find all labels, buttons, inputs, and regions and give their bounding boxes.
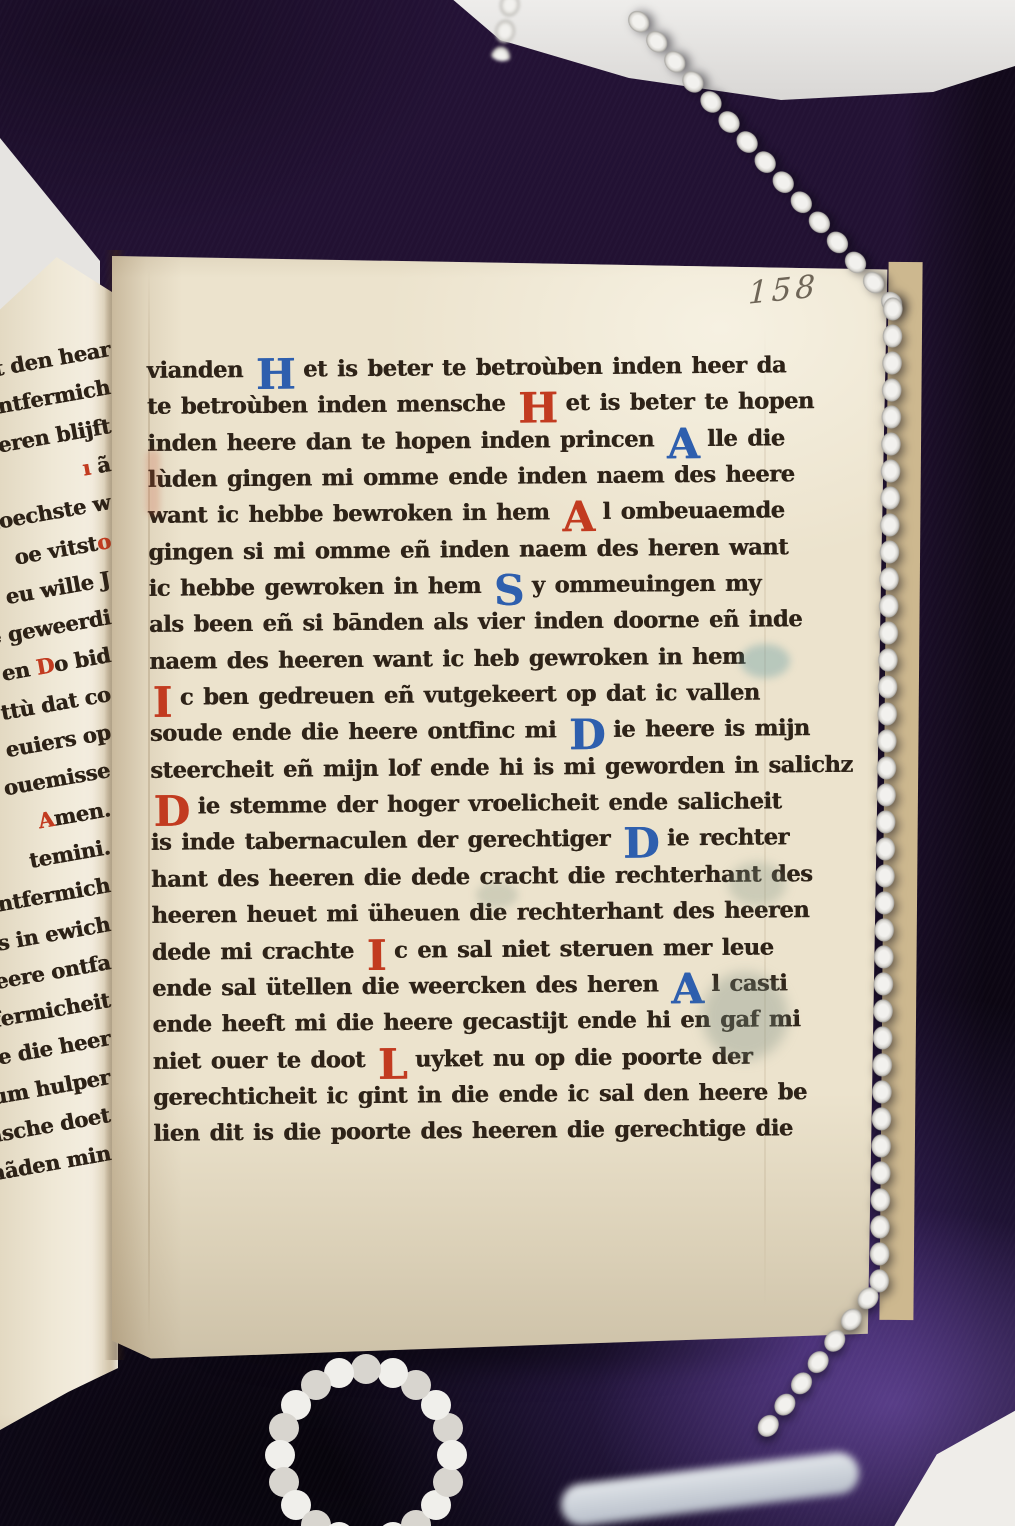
text-run: ùm hulper xyxy=(0,1064,112,1109)
text-run: e die heer xyxy=(0,1026,112,1070)
verso-fragment-line: temini. xyxy=(27,834,112,873)
text-run: lùden gingen mi omme ende inden naem des… xyxy=(148,461,795,493)
text-run: eere ontfa xyxy=(0,949,112,994)
verso-fragment-line: Amen. xyxy=(36,796,112,833)
verso-fragment-line: en Do bid xyxy=(0,643,112,687)
text-run: is in ewich xyxy=(0,911,112,957)
verso-fragment-line: is in ewich xyxy=(0,911,112,957)
manuscript-line: vianden Het is beter te betroùben inden … xyxy=(147,347,807,389)
manuscript-line: lùden gingen mi omme ende inden naem des… xyxy=(147,456,807,498)
text-run: l ombeuaemde xyxy=(602,498,784,526)
manuscript-photograph: uet den hearontfermicheeren blijftı ãhoe… xyxy=(0,0,1015,1526)
verso-fragment-line: ttù dat co xyxy=(0,681,112,725)
text-run: gerechticheit ic gint in die ende ic sal… xyxy=(153,1079,807,1111)
text-run: lle die xyxy=(707,425,785,452)
manuscript-line: naem des heeren want ic heb gewroken in … xyxy=(149,638,809,680)
verso-fragment-line: euiers op xyxy=(3,719,112,762)
manuscript-line: want ic hebbe bewroken in hem Al ombeuae… xyxy=(148,493,808,535)
manuscript-line: inden heere dan te hopen inden princen A… xyxy=(147,420,807,462)
verso-fragment-line: ontfermich xyxy=(0,872,112,919)
manuscript-page-recto: 158 vianden Het is beter te betroùben in… xyxy=(112,238,892,1363)
manuscript-page-verso: uet den hearontfermicheeren blijftı ãhoe… xyxy=(0,238,118,1430)
ink-bleed xyxy=(146,450,160,516)
text-run: gingen si mi omme eñ inden naem des here… xyxy=(148,534,788,566)
text-run: ontfermich xyxy=(0,872,112,919)
text-run: oe vitst xyxy=(12,530,99,569)
text-run: want ic hebbe bewroken in hem xyxy=(148,500,560,530)
manuscript-line: lien dit is die poorte des heeren die ge… xyxy=(153,1110,813,1152)
verso-fragment-line: ùm hulper xyxy=(0,1064,112,1109)
text-run: ie rechter xyxy=(667,825,789,852)
bead-cord-loop xyxy=(351,1440,381,1470)
manuscript-line: dede mi crachte Ic en sal niet steruen m… xyxy=(152,929,812,971)
text-run: nãden min xyxy=(0,1140,112,1186)
verso-fragment-line: eu wille J xyxy=(4,566,112,609)
manuscript-line: als been eñ si bānden als vier inden doo… xyxy=(149,602,809,644)
manuscript-line: te betroùben inden mensche Het is beter … xyxy=(147,383,807,425)
manuscript-line: gingen si mi omme eñ inden naem des here… xyxy=(148,529,808,571)
text-run: c ben gedreuen eñ vutgekeert op dat ic v… xyxy=(180,680,760,711)
text-run: hoechste w xyxy=(0,489,112,536)
text-run: naem des heeren want ic heb gewroken in … xyxy=(149,643,745,674)
text-run: lien dit is die poorte des heeren die ge… xyxy=(153,1116,793,1148)
stain xyxy=(728,862,786,906)
text-run: soude ende die heere ontfinc mi xyxy=(150,718,566,748)
manuscript-line: Die stemme der hoger vroelicheit ende sa… xyxy=(150,783,810,825)
text-run: fermicheit xyxy=(0,987,112,1032)
text-run: dede mi crachte xyxy=(152,938,364,966)
verso-fragment-line: nãden min xyxy=(0,1140,112,1186)
text-run: et is beter te betroùben inden heer da xyxy=(303,352,786,382)
manuscript-line: soude ende die heere ontfinc mi Die heer… xyxy=(150,711,810,753)
text-run: niet ouer te doot xyxy=(153,1046,375,1074)
verso-fragment-line: oe vitsto xyxy=(12,528,112,570)
text-run: is inde tabernaculen der gerechtiger xyxy=(151,826,620,856)
manuscript-line: is inde tabernaculen der gerechtiger Die… xyxy=(151,820,811,862)
manuscript-line: gerechticheit ic gint in die ende ic sal… xyxy=(153,1074,813,1116)
text-run: en xyxy=(0,656,38,687)
manuscript-line: Ic ben gedreuen eñ vutgekeert op dat ic … xyxy=(149,674,809,716)
stain xyxy=(702,972,788,1060)
text-run: inden heere dan te hopen inden princen xyxy=(147,426,664,457)
text-run: eu wille J xyxy=(4,566,112,609)
verso-fragment-line: hoechste w xyxy=(0,489,112,536)
text-run: steercheit eñ mijn lof ende hi is mi gew… xyxy=(150,752,853,784)
text-run: ic hebbe gewroken in hem xyxy=(148,573,491,602)
verso-fragment-line: eere ontfa xyxy=(0,949,112,994)
stain xyxy=(476,882,518,908)
text-run: ende sal ütellen die weercken des heren xyxy=(152,971,668,1002)
manuscript-line: ic hebbe gewroken in hem Sy ommeuingen m… xyxy=(148,565,808,607)
text-run: vianden xyxy=(147,357,253,384)
text-run: temini. xyxy=(27,834,112,873)
verso-fragment-line: fermicheit xyxy=(0,987,112,1032)
text-run: euiers op xyxy=(3,719,112,762)
text-run: c en sal niet steruen mer leue xyxy=(394,934,774,963)
text-run: ttù dat co xyxy=(0,681,112,725)
manuscript-line: steercheit eñ mijn lof ende hi is mi gew… xyxy=(150,747,810,789)
text-run: uyket nu op die poorte der xyxy=(415,1043,752,1072)
page-number: 158 xyxy=(748,268,820,312)
text-run: ie heere is mijn xyxy=(613,716,810,744)
text-run: ie stemme der hoger vroelicheit ende sal… xyxy=(197,788,781,819)
text-run: y ommeuingen my xyxy=(532,571,761,599)
text-run: te betroùben inden mensche xyxy=(147,391,515,420)
text-run: et is beter te hopen xyxy=(565,388,814,416)
verso-fragment-line: e die heer xyxy=(0,1026,112,1070)
stain xyxy=(740,644,790,678)
text-run: als been eñ si bānden als vier inden doo… xyxy=(149,607,802,639)
